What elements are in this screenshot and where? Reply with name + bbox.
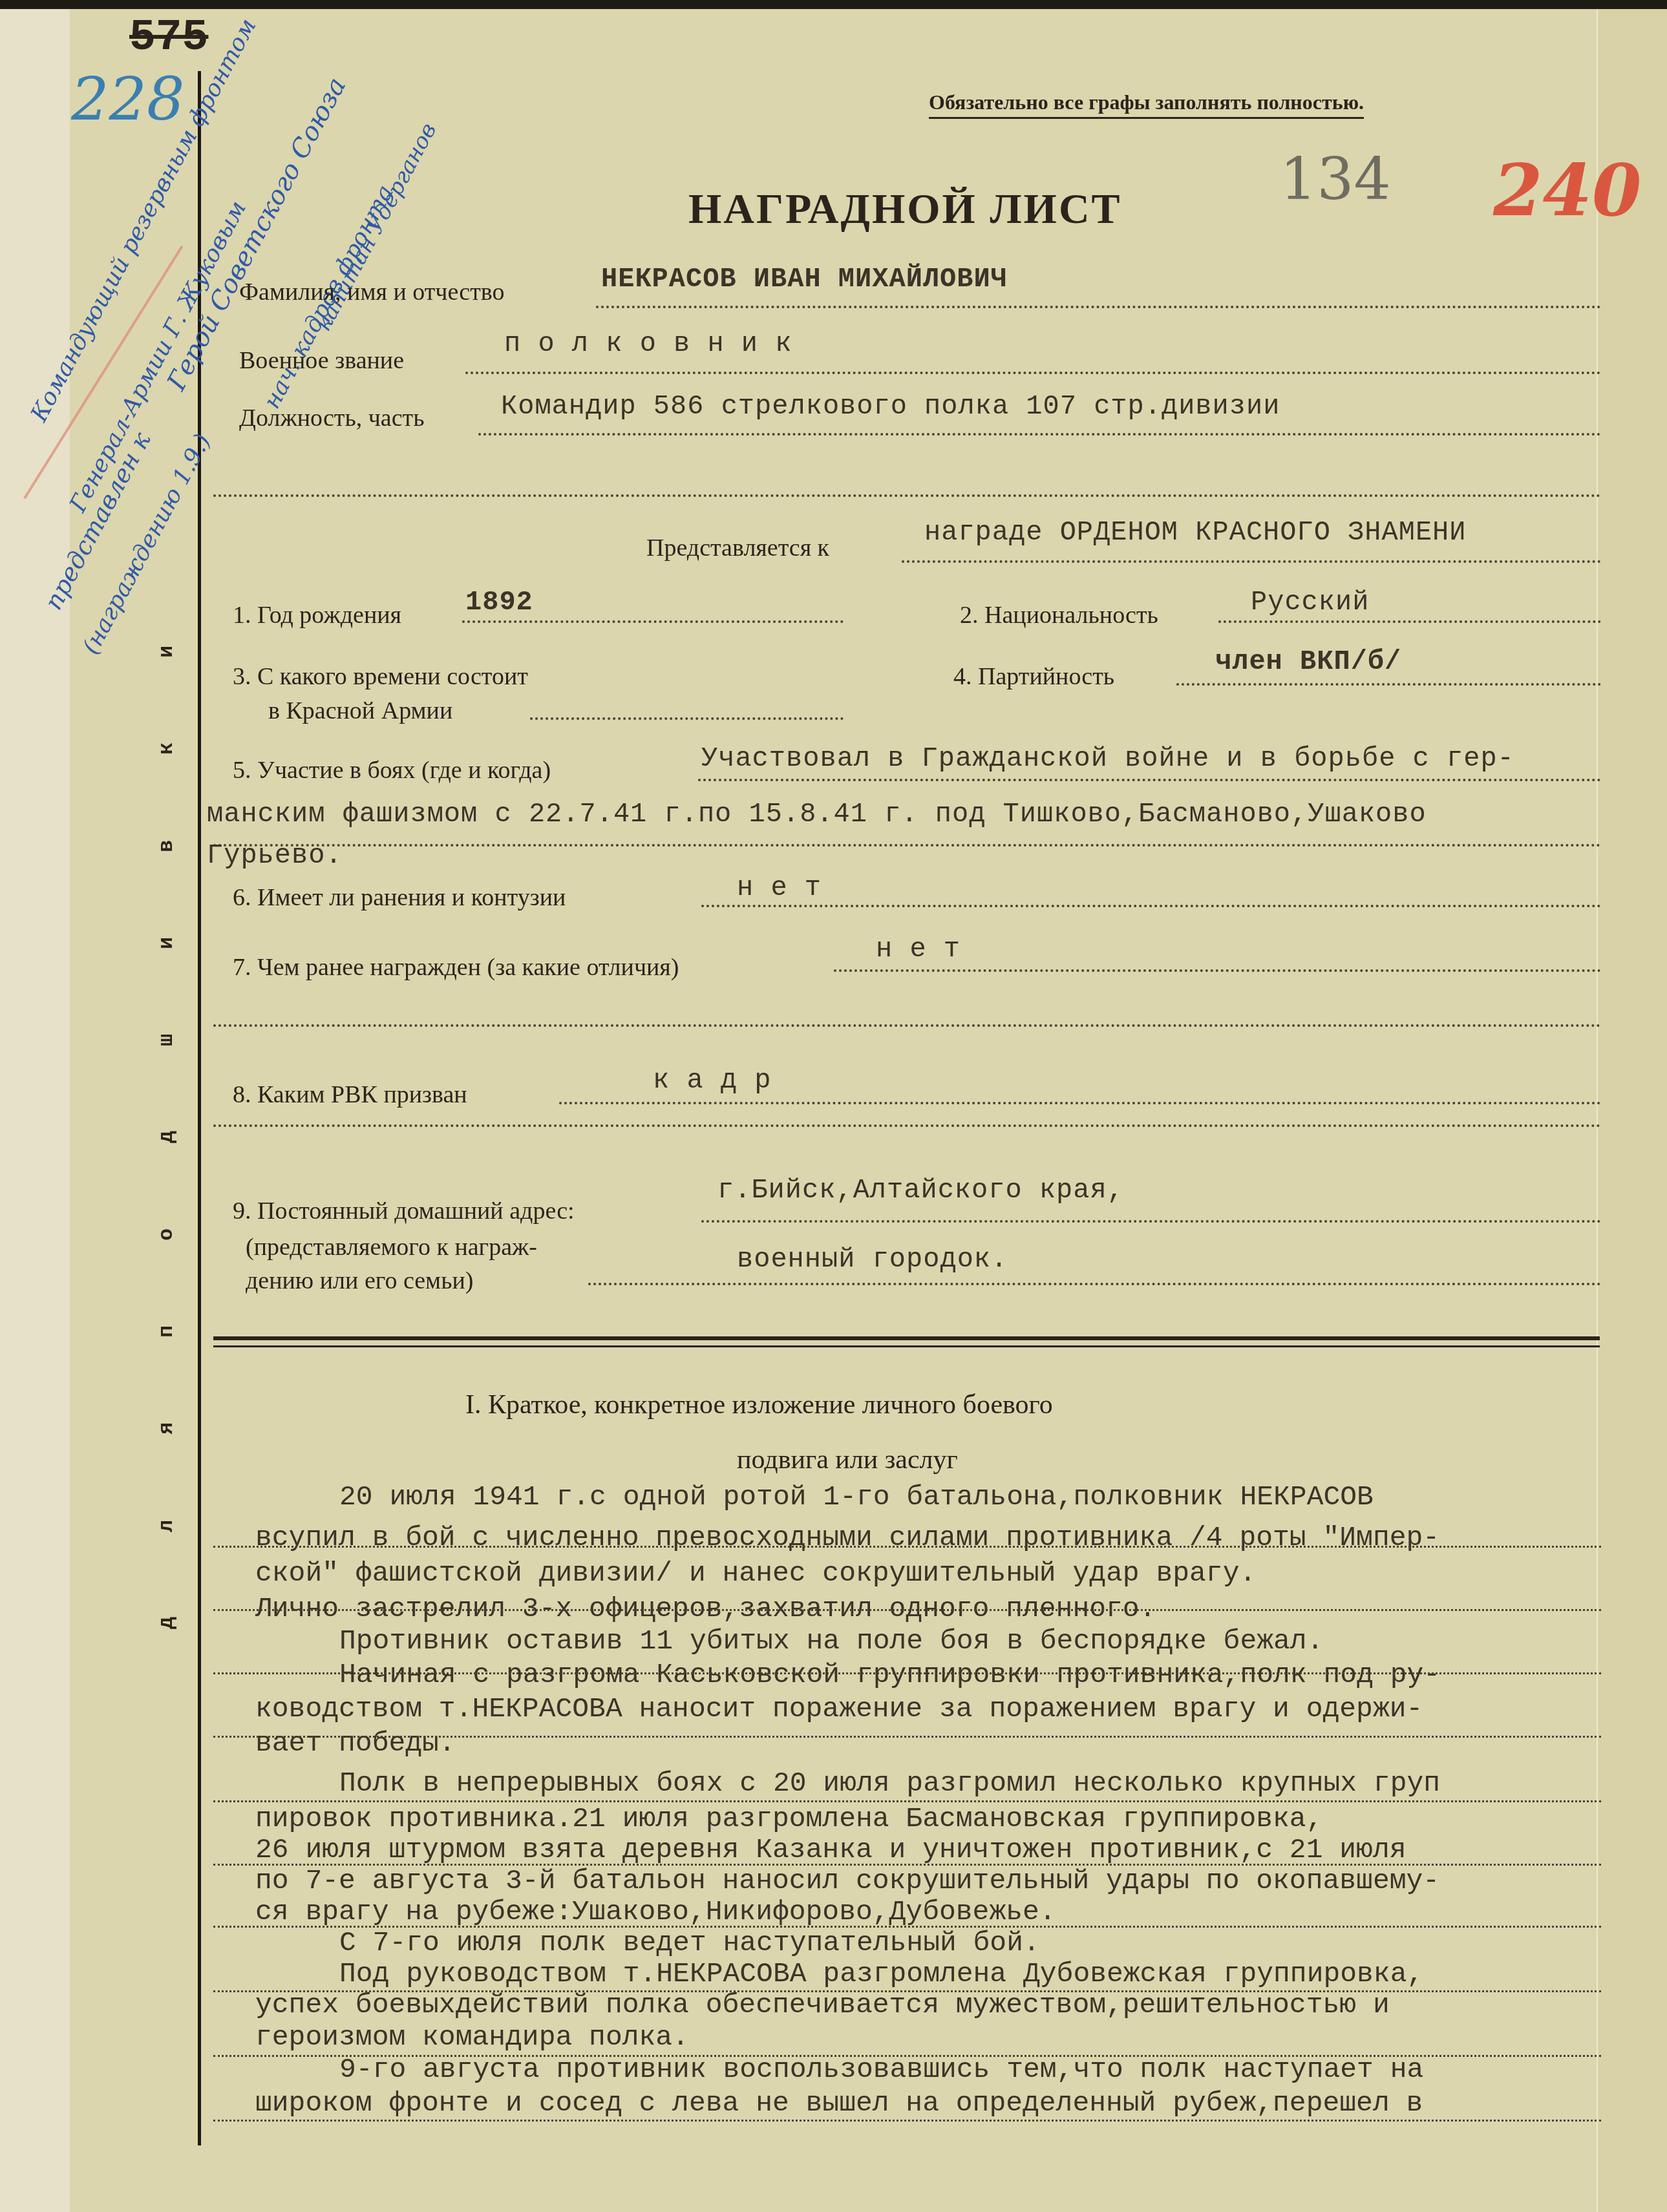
address-label-1: 9. Постоянный домашний адрес: <box>233 1197 575 1225</box>
ruled-line <box>213 1609 1601 1611</box>
birth-year-value: 1892 <box>465 587 533 618</box>
previous-awards-value: н е т <box>876 934 961 965</box>
battles-line-1 <box>698 779 1601 781</box>
previous-awards-label: 7. Чем ранее награжден (за какие отличия… <box>233 953 679 982</box>
birth-year-line <box>462 620 844 623</box>
narrative-line-13: ся врагу на рубеже:Ушаково,Никифорово,Ду… <box>255 1896 1056 1928</box>
previous-awards-line <box>834 969 1601 972</box>
pencil-number: 134 <box>1280 145 1391 213</box>
party-value: член ВКП/б/ <box>1215 646 1401 677</box>
rank-label: Военное звание <box>239 346 404 375</box>
ruled-line <box>213 1546 1601 1548</box>
narrative-line-14: С 7-го июля полк ведет наступательный бо… <box>339 1927 1040 1959</box>
narrative-line-7: ководством т.НЕКРАСОВА наносит поражение… <box>255 1693 1423 1725</box>
margin-vertical-text: д л я п о д ш и в к и <box>154 640 180 1635</box>
margin-letter: в <box>154 839 178 852</box>
rvk-label: 8. Каким РВК призван <box>233 1080 467 1109</box>
party-line <box>1176 683 1601 686</box>
narrative-line-15: Под руководством т.НЕКРАСОВА разгромлена… <box>339 1958 1423 1990</box>
blue-page-number: 228 <box>71 65 185 134</box>
nationality-label: 2. Национальность <box>960 601 1158 629</box>
ruled-line <box>213 1990 1601 1992</box>
margin-letter: д <box>154 1617 178 1629</box>
nominated-label: Представляется к <box>646 534 829 562</box>
margin-letter: ш <box>154 1034 178 1046</box>
narrative-line-1: 20 июля 1941 г.с одной ротой 1-го баталь… <box>339 1481 1374 1513</box>
scan-left-background <box>0 9 70 2212</box>
narrative-line-9: Полк в непрерывных боях с 20 июля разгро… <box>339 1767 1440 1799</box>
page-title: НАГРАДНОЙ ЛИСТ <box>688 185 1122 234</box>
rvk-line-2 <box>213 1124 1601 1127</box>
full-name-label: Фамилия, имя и отчество <box>239 278 504 306</box>
narrative-line-2: всупил в бой с численно превосходными си… <box>255 1522 1439 1554</box>
position-label: Должность, часть <box>239 404 425 432</box>
position-line-2 <box>213 494 1601 497</box>
margin-letter: я <box>154 1422 178 1435</box>
margin-letter: д <box>154 1131 178 1143</box>
narrative-line-3: ской" фашистской дивизии/ и нанес сокруш… <box>255 1557 1256 1589</box>
full-name-line <box>596 306 1601 308</box>
crossed-page-number: 575 <box>129 13 208 63</box>
section-heading-line-2: подвига или заслуг <box>737 1444 958 1475</box>
margin-letter: п <box>154 1325 178 1338</box>
narrative-line-12: по 7-е августа 3-й батальон наносил сокр… <box>255 1865 1439 1897</box>
address-value-2: военный городок. <box>737 1244 1008 1275</box>
narrative-line-6: Начиная с разгрома Каськовской группиров… <box>339 1659 1440 1691</box>
red-pencil-number: 240 <box>1493 149 1642 232</box>
address-line-1 <box>701 1220 1601 1223</box>
narrative-line-19: широком фронте и сосед с лева не вышел н… <box>255 2087 1423 2119</box>
ruled-line <box>213 1864 1601 1866</box>
ruled-line <box>213 2055 1601 2057</box>
narrative-line-11: 26 июля штурмом взята деревня Казанка и … <box>255 1834 1407 1866</box>
margin-letter: л <box>154 1520 178 1532</box>
address-label-3: дению или его семьи) <box>246 1267 473 1295</box>
section-divider-thin <box>213 1345 1600 1347</box>
margin-letter: и <box>154 937 178 949</box>
battles-value-1: Участвовал в Гражданской войне и в борьб… <box>701 743 1514 774</box>
paper-fold-edge <box>1597 9 1667 2212</box>
red-army-since-line <box>530 717 844 720</box>
rank-line <box>465 372 1601 374</box>
ruled-line <box>213 1800 1601 1802</box>
rvk-value: к а д р <box>653 1065 771 1096</box>
ruled-line <box>213 1736 1601 1738</box>
position-value: Командир 586 стрелкового полка 107 стр.д… <box>501 391 1280 422</box>
narrative-line-5: Противник оставив 11 убитых на поле боя … <box>339 1625 1323 1657</box>
nationality-line <box>1218 620 1601 623</box>
narrative-line-17: героизмом командира полка. <box>255 2021 689 2053</box>
nominated-line <box>902 560 1601 563</box>
red-army-since-label-2: в Красной Армии <box>268 697 452 725</box>
narrative-line-16: успех боевыхдействий полка обеспечиваетс… <box>255 1989 1390 2021</box>
wounds-value: н е т <box>737 872 822 903</box>
section-divider-thick <box>213 1336 1600 1340</box>
margin-letter: о <box>154 1228 178 1241</box>
ruled-line <box>213 1672 1601 1674</box>
wounds-line <box>701 905 1601 907</box>
scan-top-edge <box>0 0 1667 9</box>
binding-margin-line <box>198 71 201 2145</box>
narrative-line-8: вает победы. <box>255 1727 456 1759</box>
previous-awards-line-2 <box>213 1024 1601 1027</box>
ruled-line <box>213 2120 1601 2122</box>
red-army-since-label-1: 3. С какого времени состоит <box>233 662 528 691</box>
narrative-line-10: пировок противника.21 июля разгромлена Б… <box>255 1803 1322 1835</box>
battles-value-2: манским фашизмом с 22.7.41 г.по 15.8.41 … <box>207 799 1427 830</box>
wounds-label: 6. Имеет ли ранения и контузии <box>233 883 566 912</box>
battles-line-2 <box>213 844 1601 847</box>
nominated-value: награде ОРДЕНОМ КРАСНОГО ЗНАМЕНИ <box>924 517 1467 548</box>
margin-letter: и <box>154 646 178 658</box>
ruled-line <box>213 1926 1601 1928</box>
position-line <box>478 433 1601 436</box>
battles-value-3: Гурьево. <box>207 840 343 871</box>
section-heading-line-1: I. Краткое, конкретное изложение личного… <box>465 1389 1053 1420</box>
address-value-1: г.Бийск,Алтайского края, <box>717 1175 1124 1206</box>
full-name-value: НЕКРАСОВ ИВАН МИХАЙЛОВИЧ <box>601 264 1008 295</box>
address-line-2 <box>588 1283 1601 1285</box>
nationality-value: Русский <box>1251 587 1369 618</box>
battles-label: 5. Участие в боях (где и когда) <box>233 756 551 785</box>
address-label-2: (представляемого к награж- <box>246 1233 537 1261</box>
narrative-line-18: 9-го августа противник воспользовавшись … <box>339 2054 1423 2085</box>
rank-value: п о л к о в н и к <box>504 328 792 359</box>
margin-letter: к <box>154 743 178 755</box>
header-note: Обязательно все графы заполнять полность… <box>929 90 1364 119</box>
rvk-line <box>559 1102 1601 1104</box>
birth-year-label: 1. Год рождения <box>233 601 401 629</box>
party-label: 4. Партийность <box>953 662 1114 691</box>
